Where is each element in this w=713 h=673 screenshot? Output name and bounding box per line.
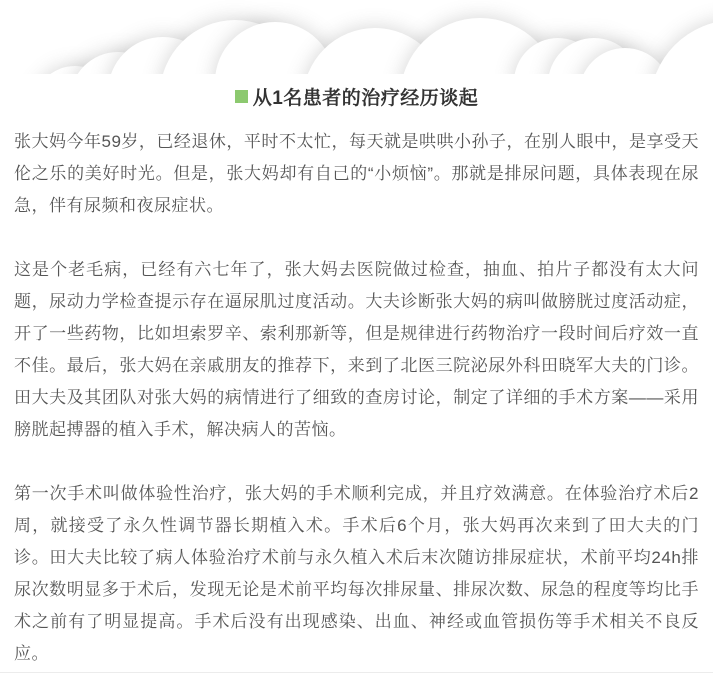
article-content: 张大妈今年59岁，已经退休，平时不太忙，每天就是哄哄小孙子，在别人眼中，是享受天… [0, 112, 713, 670]
section-title: 从1名患者的治疗经历谈起 [14, 86, 699, 112]
green-square-bullet-icon [235, 90, 248, 103]
article-paragraph: 这是个老毛病，已经有六七年了，张大妈去医院做过检查，抽血、拍片子都没有太大问题，… [14, 254, 699, 446]
section-title-text: 从1名患者的治疗经历谈起 [253, 88, 479, 109]
article-paragraph: 第一次手术叫做体验性治疗，张大妈的手术顺利完成，并且疗效满意。在体验治疗术后2周… [14, 478, 699, 670]
cloud-decoration [0, 0, 713, 78]
article-page: 从1名患者的治疗经历谈起 张大妈今年59岁，已经退休，平时不太忙，每天就是哄哄小… [0, 0, 713, 673]
cloud-puff [650, 20, 713, 78]
article-paragraph: 张大妈今年59岁，已经退休，平时不太忙，每天就是哄哄小孙子，在别人眼中，是享受天… [14, 126, 699, 222]
